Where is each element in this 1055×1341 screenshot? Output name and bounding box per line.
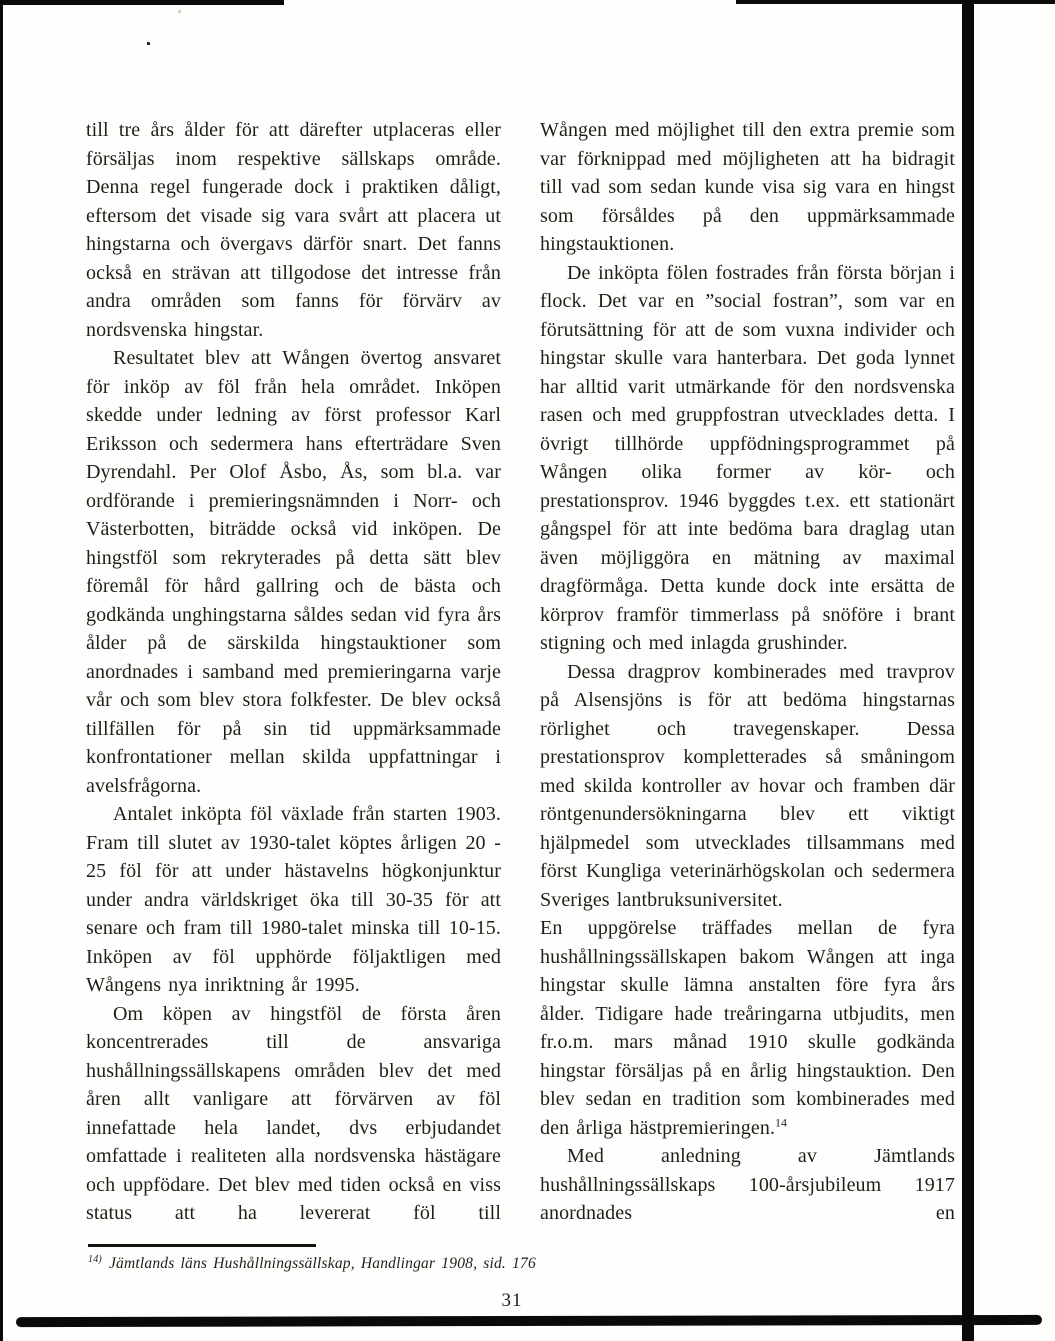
footnote-reference: 14	[775, 1115, 787, 1129]
footnote-rule	[88, 1244, 316, 1247]
paragraph: De inköpta fölen fostrades från första b…	[540, 259, 955, 658]
paragraph: Wången med möjlighet till den extra prem…	[540, 116, 955, 259]
footnote-text: 14)Jämtlands läns Hushållningssällskap, …	[88, 1254, 708, 1273]
paragraph: Resultatet blev att Wången övertog ansva…	[86, 344, 501, 800]
right-column: Wången med möjlighet till den extra prem…	[540, 116, 955, 1228]
scan-edge-bottom	[16, 1315, 1042, 1327]
scan-edge-top-right	[736, 0, 1055, 4]
left-column: till tre års ålder för att därefter utpl…	[86, 116, 501, 1228]
scan-edge-top-left	[0, 0, 284, 5]
scan-edge-right	[962, 0, 974, 1341]
scanned-book-page: { "colors": { "paper": "#fefefd", "ink":…	[0, 0, 1055, 1341]
footnote-citation: Jämtlands läns Hushållningssällskap, Han…	[109, 1255, 536, 1272]
paragraph: Om köpen av hingstföl de första åren kon…	[86, 1000, 501, 1228]
scan-speck	[178, 10, 181, 13]
footnote-marker: 14)	[88, 1254, 102, 1265]
paragraph: En uppgörelse träffades mellan de fyra h…	[540, 914, 955, 1142]
paragraph-text: En uppgörelse träffades mellan de fyra h…	[540, 917, 955, 1139]
paragraph: Med anledning av Jämtlands hushållningss…	[540, 1142, 955, 1228]
page: till tre års ålder för att därefter utpl…	[0, 0, 1055, 1341]
paragraph: Antalet inköpta föl växlade från starten…	[86, 800, 501, 1000]
scan-speck	[147, 42, 150, 45]
scan-edge-left	[0, 0, 3, 1341]
paragraph: till tre års ålder för att därefter utpl…	[86, 116, 501, 344]
page-number: 31	[0, 1290, 1024, 1312]
footnote: 14)Jämtlands läns Hushållningssällskap, …	[88, 1244, 708, 1273]
paragraph: Dessa dragprov kombinerades med travprov…	[540, 658, 955, 915]
